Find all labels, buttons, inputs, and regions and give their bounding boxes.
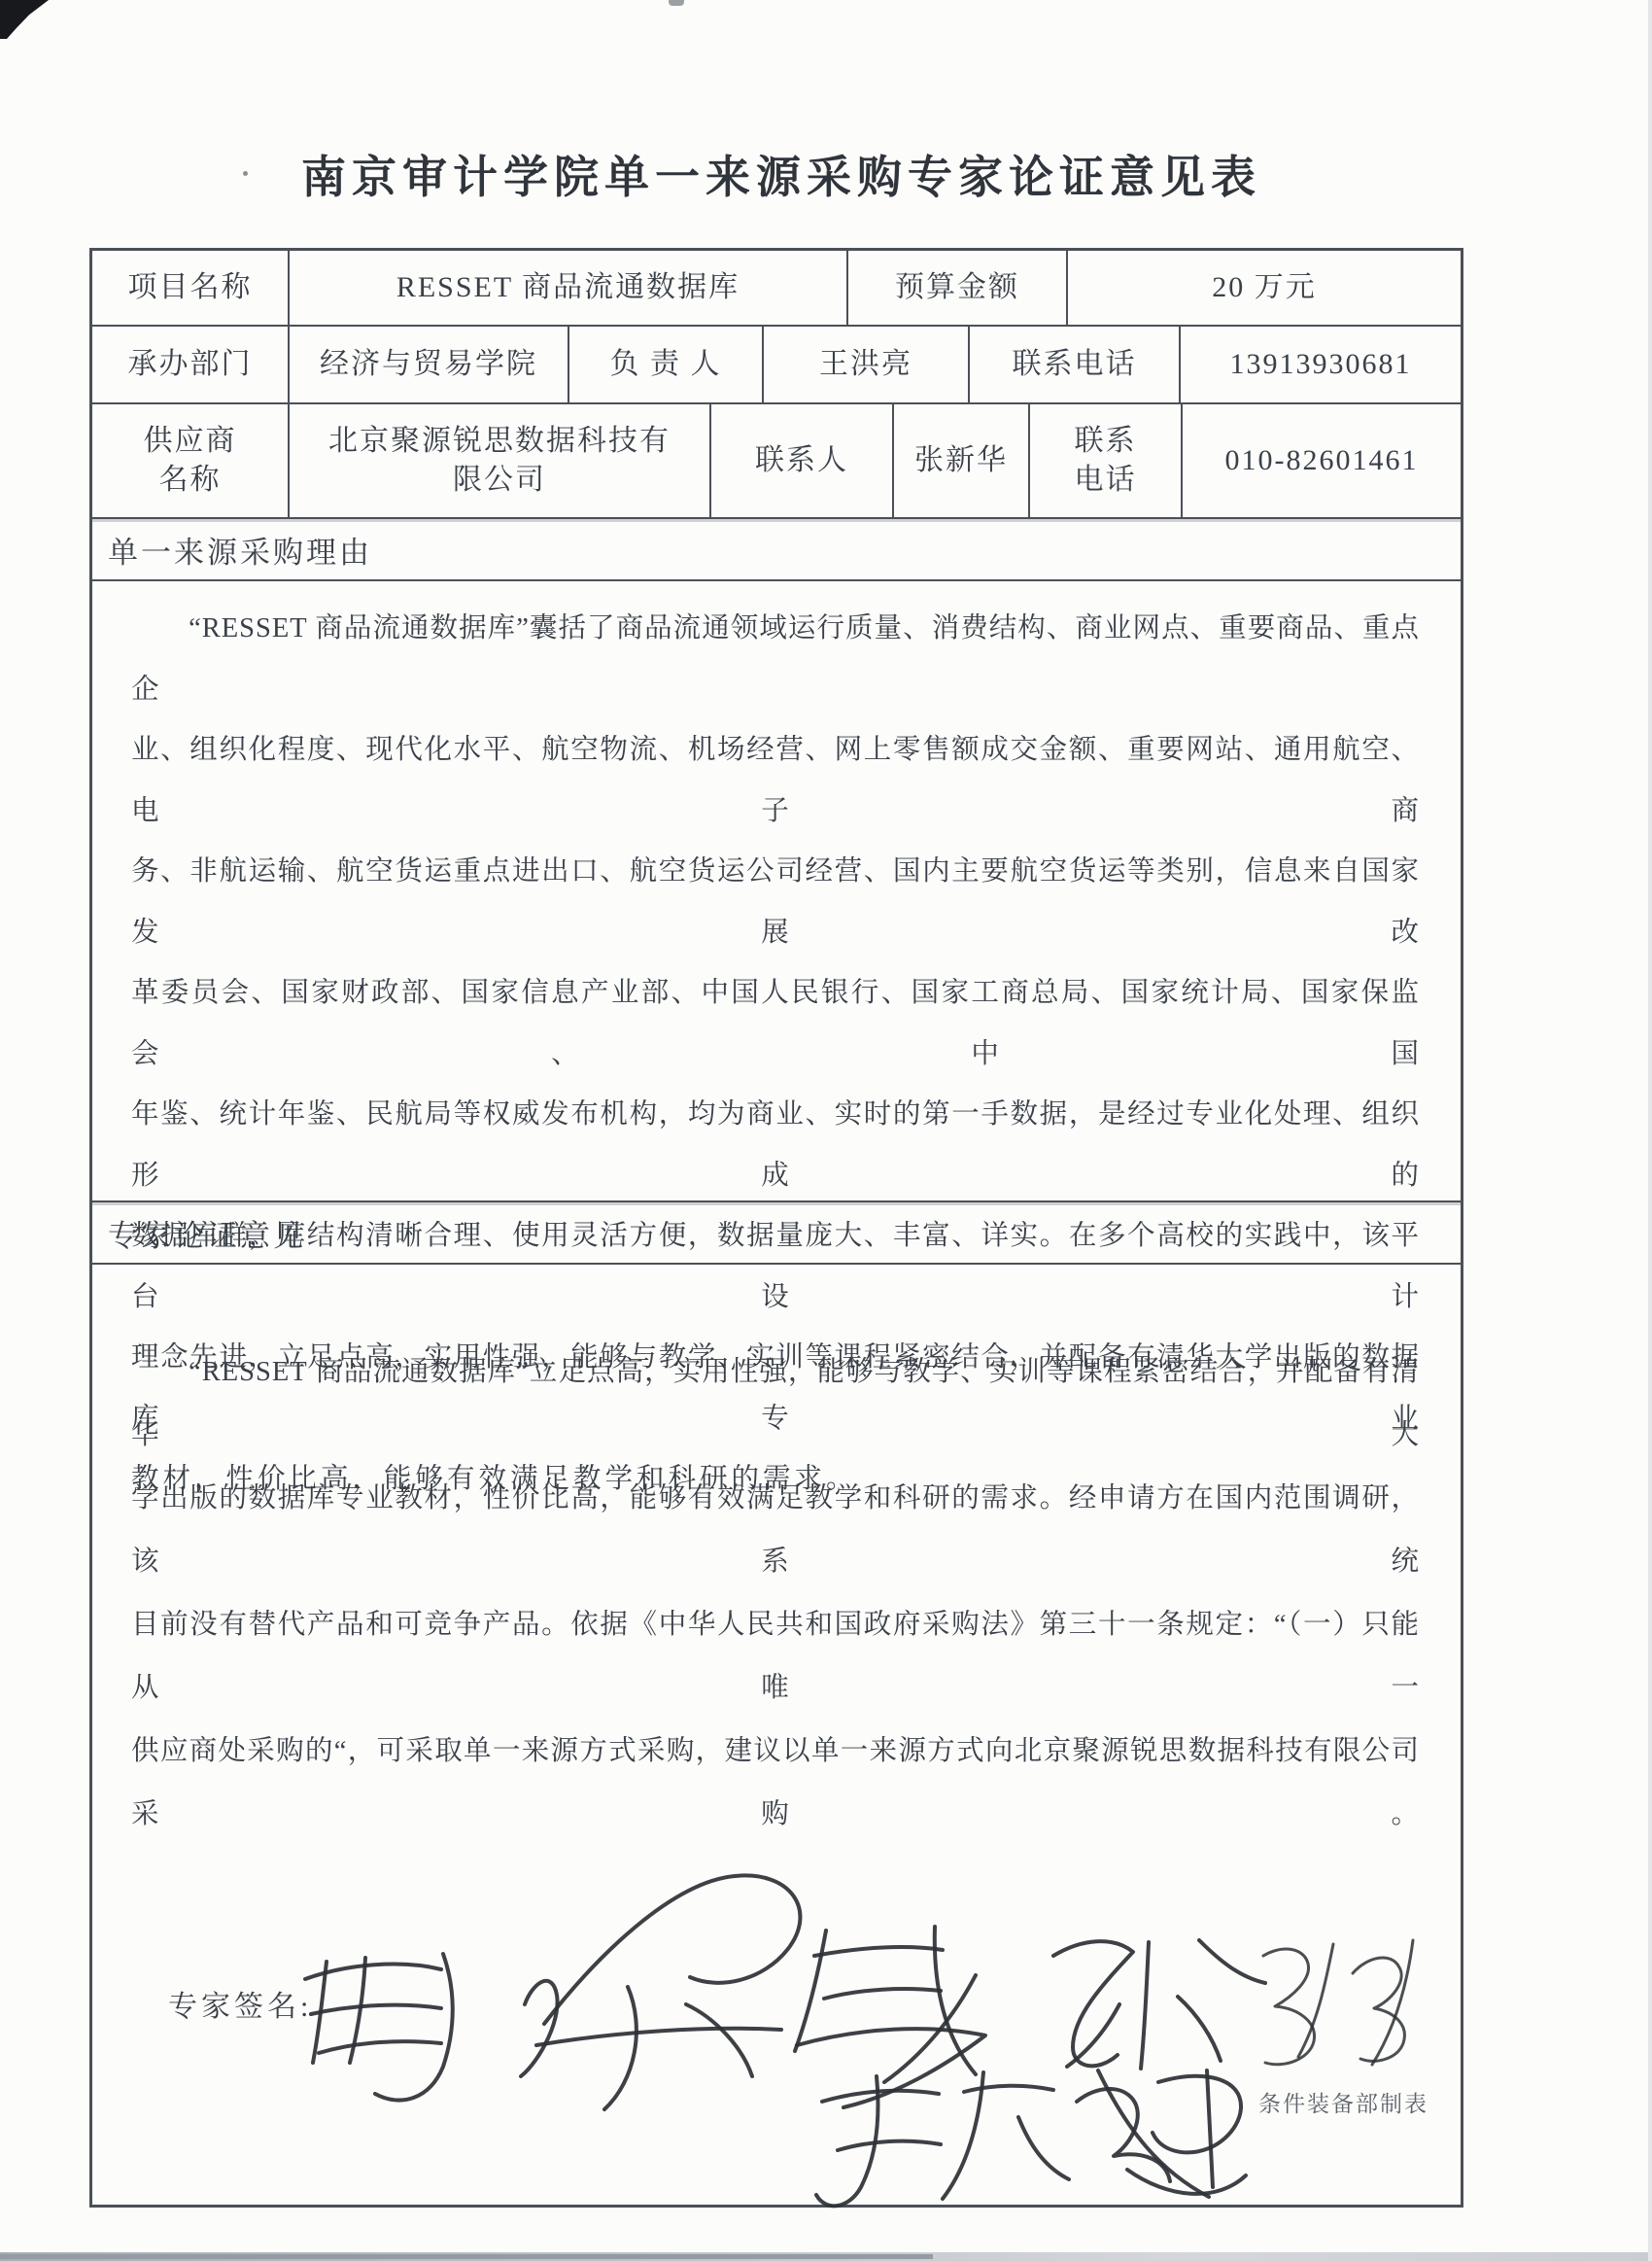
reason-body-cell: “RESSET 商品流通数据库”囊括了商品流通领域运行质量、消费结构、商业网点、… [92, 581, 1461, 1202]
supplier-contact-label: 联系人 [711, 404, 894, 517]
budget-value: 20 万元 [1068, 251, 1461, 325]
contact-phone-value: 13913930681 [1181, 327, 1461, 402]
page-title: 南京审计学院单一来源采购专家论证意见表 [0, 142, 1652, 206]
table-row-supplier: 供应商名称 北京聚源锐思数据科技有限公司 联系人 张新华 联系电话 010-82… [92, 404, 1461, 519]
project-name-value: RESSET 商品流通数据库 [290, 251, 848, 325]
budget-label: 预算金额 [848, 251, 1068, 325]
department-value: 经济与贸易学院 [290, 327, 569, 402]
contact-phone-label: 联系电话 [970, 327, 1181, 402]
procurement-form-table: 项目名称 RESSET 商品流通数据库 预算金额 20 万元 承办部门 经济与贸… [89, 248, 1463, 2208]
scan-edge-artifact [669, 0, 684, 6]
supplier-contact-value: 张新华 [894, 404, 1030, 517]
person-in-charge-value: 王洪亮 [764, 327, 970, 402]
table-row-department: 承办部门 经济与贸易学院 负 责 人 王洪亮 联系电话 13913930681 [92, 327, 1461, 404]
department-label: 承办部门 [92, 327, 290, 402]
form-footnote: 条件装备部制表 [1258, 2086, 1428, 2118]
scan-bottom-edge-dark-artifact [0, 2254, 933, 2259]
scan-corner-artifact [0, 0, 49, 39]
scanned-document-page: 南京审计学院单一来源采购专家论证意见表 项目名称 RESSET 商品流通数据库 … [0, 0, 1652, 2261]
opinion-body-cell: “RESSET 商品流通数据库”立足点高，实用性强，能够与教学、实训等课程紧密结… [92, 1265, 1461, 2205]
reason-heading-row: 单一来源采购理由 [92, 519, 1461, 581]
supplier-phone-value: 010-82601461 [1183, 404, 1461, 517]
table-row-project: 项目名称 RESSET 商品流通数据库 预算金额 20 万元 [92, 251, 1461, 327]
opinion-paragraph: “RESSET 商品流通数据库”立足点高，实用性强，能够与教学、实训等课程紧密结… [92, 1265, 1461, 1846]
expert-signature-label: 专家签名: [168, 1982, 312, 2025]
scan-right-edge-artifact [1648, 0, 1652, 2261]
supplier-phone-label: 联系电话 [1030, 404, 1183, 517]
supplier-name-label: 供应商名称 [92, 404, 290, 517]
person-in-charge-label: 负 责 人 [569, 327, 764, 402]
reason-section-heading: 单一来源采购理由 [92, 519, 1461, 579]
supplier-name-value: 北京聚源锐思数据科技有限公司 [290, 404, 711, 517]
project-name-label: 项目名称 [92, 251, 290, 325]
